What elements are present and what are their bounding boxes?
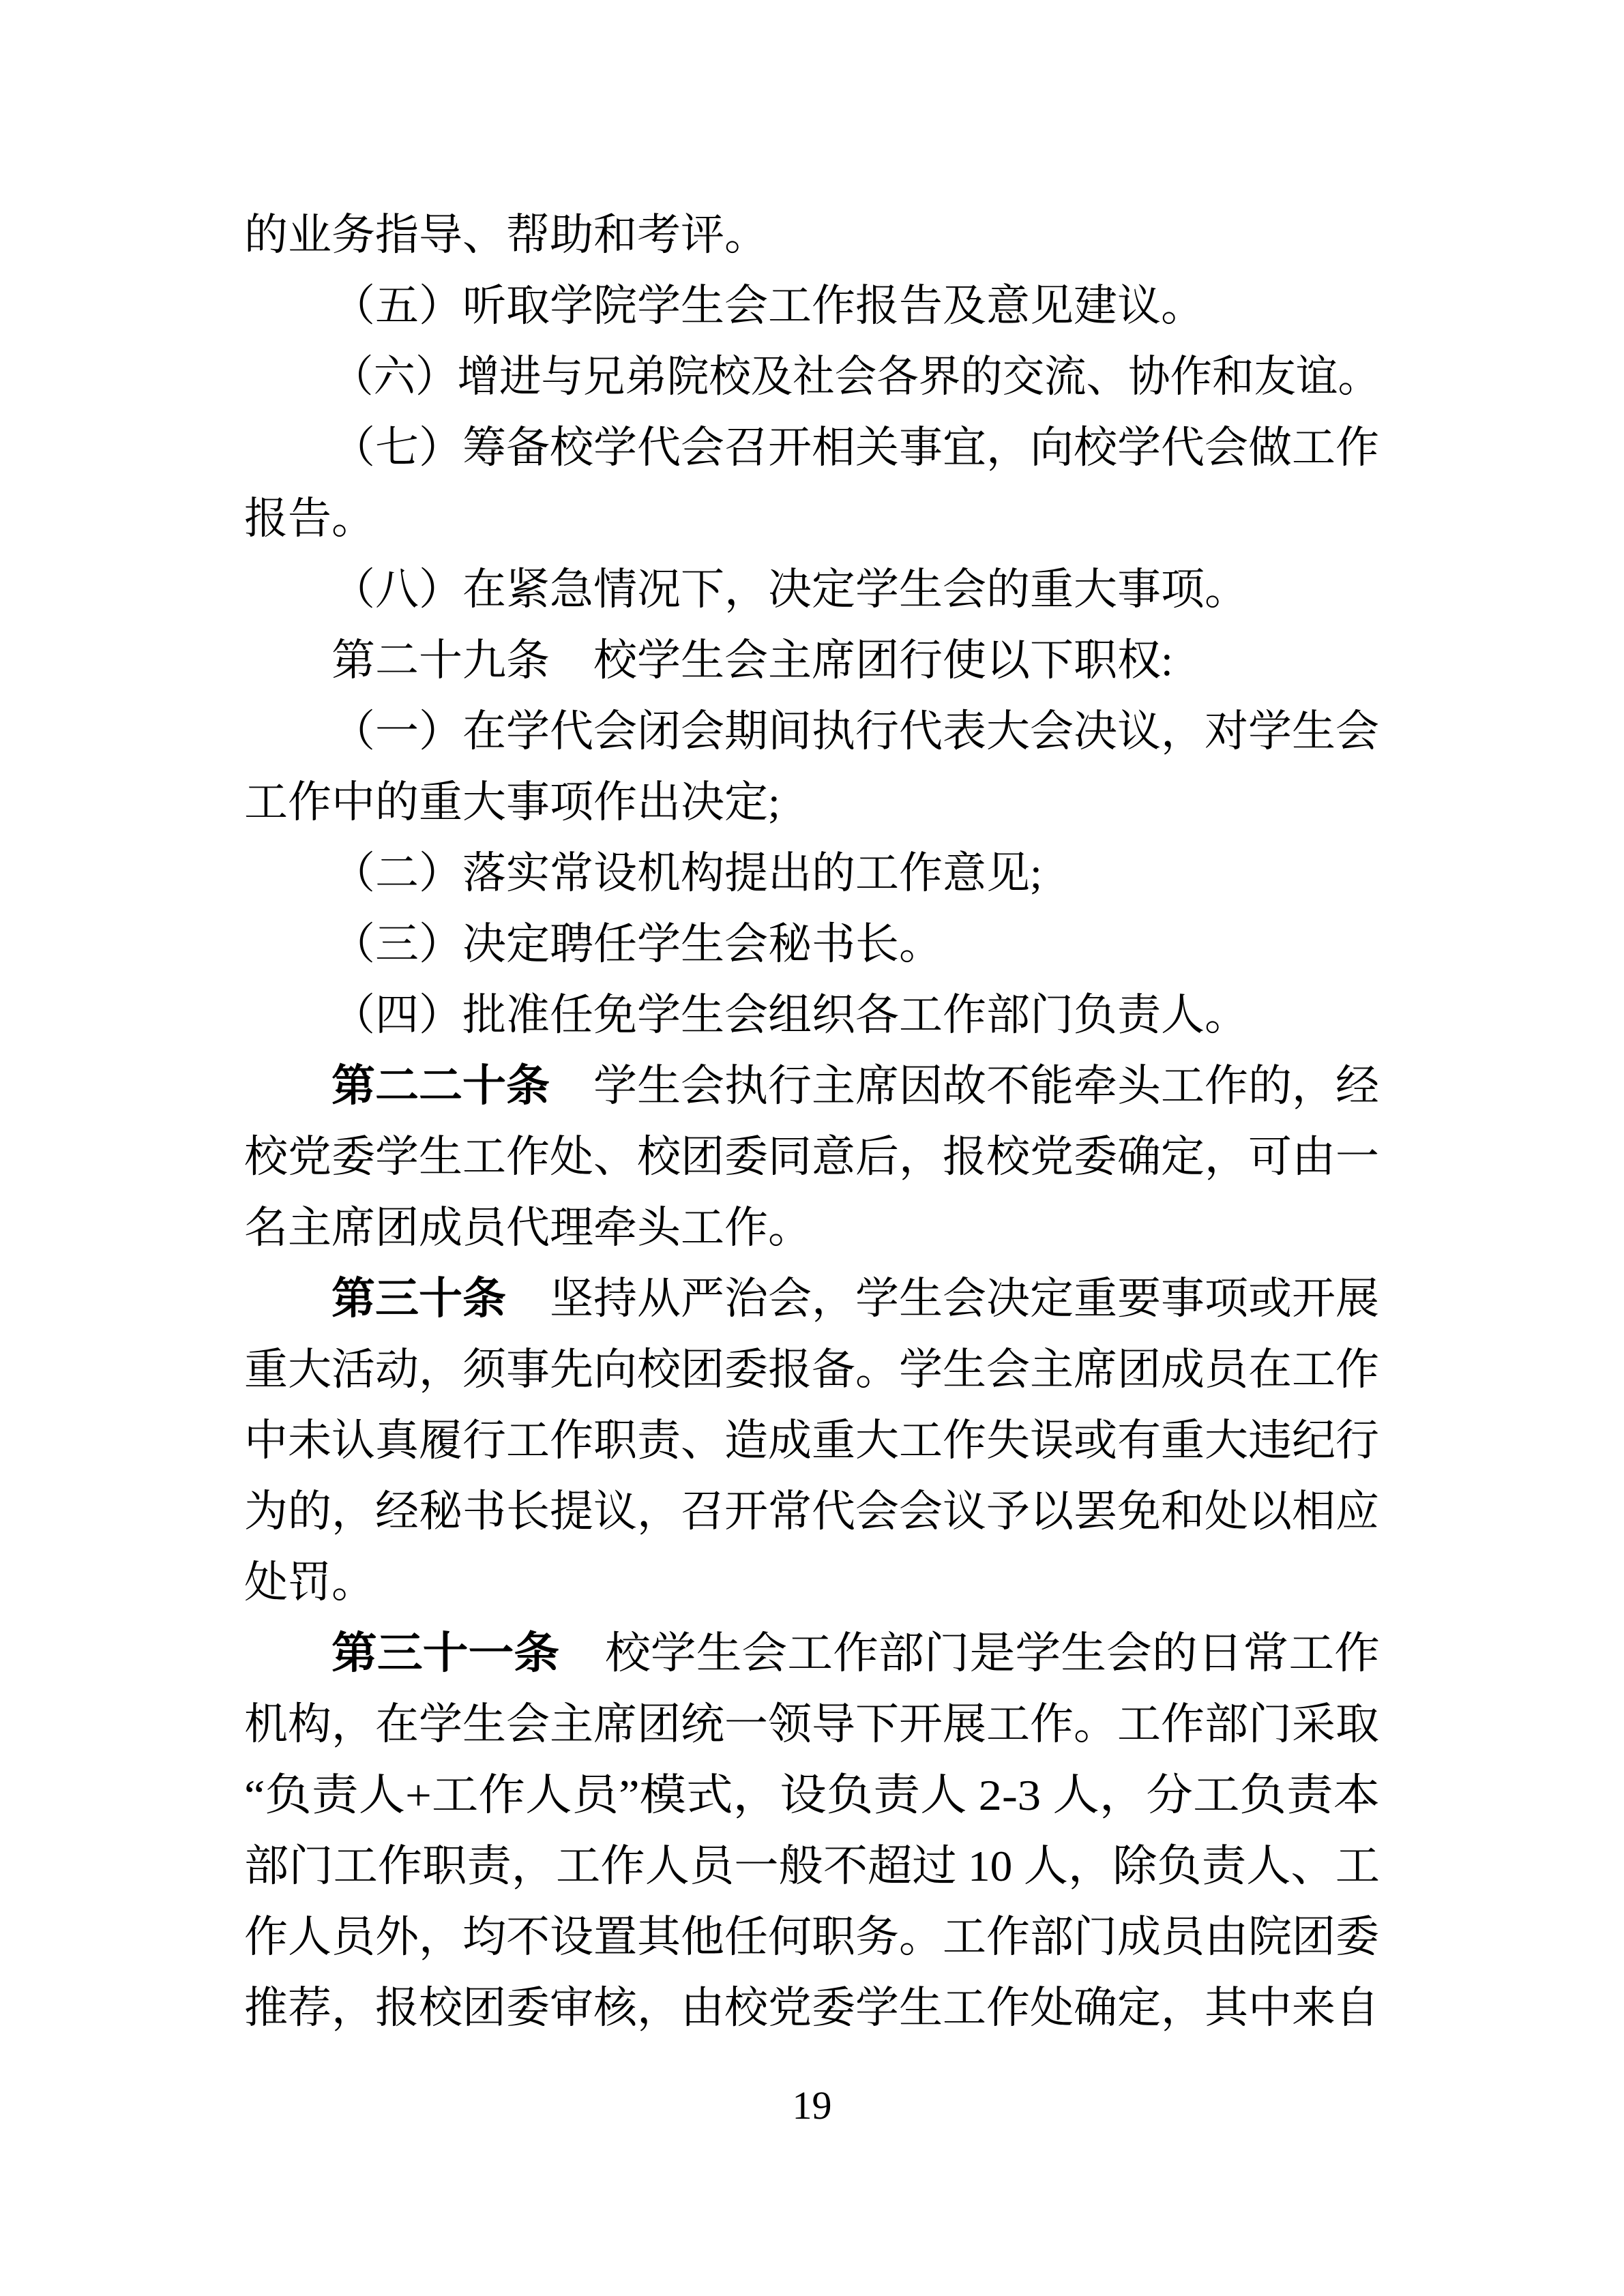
text-line: 第三十条 坚持从严治会，学生会决定重要事项或开展 (244, 1264, 1380, 1335)
text-line-content: 为的，经秘书长提议，召开常代会会议予以罢免和处以相应 (244, 1476, 1379, 1547)
document-body: 的业务指导、帮助和考评。（五）听取学院学生会工作报告及意见建议。（六）增进与兄弟… (244, 200, 1380, 2044)
text-line-content: （二）落实常设机构提出的工作意见; (331, 838, 1042, 909)
text-line: 第三十一条 校学生会工作部门是学生会的日常工作 (244, 1618, 1380, 1689)
body-text: （五）听取学院学生会工作报告及意见建议。 (331, 282, 1205, 330)
body-text: 机构，在学生会主席团统一领导下开展工作。工作部门采取 (244, 1700, 1379, 1748)
text-line: （六）增进与兄弟院校及社会各界的交流、协作和友谊。 (244, 342, 1380, 413)
text-line-content: （八）在紧急情况下，决定学生会的重大事项。 (331, 554, 1248, 625)
text-line-content: 名主席团成员代理牵头工作。 (244, 1193, 812, 1264)
text-line-content: 中未认真履行工作职责、造成重大工作失误或有重大违纪行 (244, 1405, 1379, 1476)
text-line: （二）落实常设机构提出的工作意见; (244, 838, 1380, 909)
body-text: 部门工作职责，工作人员一般不超过 10 人，除负责人、工 (244, 1842, 1380, 1890)
text-line: 为的，经秘书长提议，召开常代会会议予以罢免和处以相应 (244, 1476, 1380, 1547)
body-text: 报告。 (244, 494, 375, 543)
text-line: 重大活动，须事先向校团委报备。学生会主席团成员在工作 (244, 1335, 1380, 1405)
text-line-content: 的业务指导、帮助和考评。 (244, 200, 768, 271)
text-line-content: 第二十九条 校学生会主席团行使以下职权: (331, 625, 1173, 696)
text-line: （七）筹备校学代会召开相关事宜，向校学代会做工作 (244, 413, 1380, 483)
body-text: 处罚。 (244, 1558, 375, 1607)
body-text: （八）在紧急情况下，决定学生会的重大事项。 (331, 565, 1248, 614)
body-text: 作人员外，均不设置其他任何职务。工作部门成员由院团委 (244, 1913, 1379, 1961)
text-line-content: 作人员外，均不设置其他任何职务。工作部门成员由院团委 (244, 1902, 1379, 1973)
text-line: “负责人+工作人员”模式，设负责人 2-3 人，分工负责本 (244, 1760, 1380, 1831)
body-text: （二）落实常设机构提出的工作意见; (331, 849, 1042, 897)
text-line: 的业务指导、帮助和考评。 (244, 200, 1380, 271)
body-text: （三）决定聘任学生会秘书长。 (331, 920, 943, 968)
body-text: （七）筹备校学代会召开相关事宜，向校学代会做工作 (331, 423, 1379, 472)
document-page: 的业务指导、帮助和考评。（五）听取学院学生会工作报告及意见建议。（六）增进与兄弟… (0, 0, 1624, 2296)
text-line: 校党委学生工作处、校团委同意后，报校党委确定，可由一 (244, 1122, 1380, 1193)
text-line: 第二十九条 校学生会主席团行使以下职权: (244, 625, 1380, 696)
body-text: 校党委学生工作处、校团委同意后，报校党委确定，可由一 (244, 1133, 1379, 1181)
article-heading-text: 第三十一条 (331, 1629, 559, 1678)
text-line: 工作中的重大事项作出决定; (244, 767, 1380, 838)
body-text: 第二十九条 校学生会主席团行使以下职权: (331, 636, 1173, 685)
body-text: （六）增进与兄弟院校及社会各界的交流、协作和友谊。 (331, 353, 1380, 401)
body-text: 学生会执行主席因故不能牵头工作的，经 (550, 1062, 1379, 1110)
body-text: 重大活动，须事先向校团委报备。学生会主席团成员在工作 (244, 1345, 1379, 1394)
page-number: 19 (793, 2083, 832, 2128)
text-line: 第二二十条 学生会执行主席因故不能牵头工作的，经 (244, 1051, 1380, 1122)
text-line: 推荐，报校团委审核，由校党委学生工作处确定，其中来自 (244, 1973, 1380, 2044)
body-text: 坚持从严治会，学生会决定重要事项或开展 (506, 1274, 1379, 1323)
text-line-content: 处罚。 (244, 1547, 375, 1618)
text-line: （五）听取学院学生会工作报告及意见建议。 (244, 271, 1380, 342)
body-text: 中未认真履行工作职责、造成重大工作失误或有重大违纪行 (244, 1416, 1379, 1465)
text-line-content: 工作中的重大事项作出决定; (244, 767, 780, 838)
text-line-content: “负责人+工作人员”模式，设负责人 2-3 人，分工负责本 (244, 1760, 1380, 1831)
page-footer: 19 (0, 2070, 1624, 2141)
body-text: 名主席团成员代理牵头工作。 (244, 1204, 812, 1252)
text-line-content: 重大活动，须事先向校团委报备。学生会主席团成员在工作 (244, 1335, 1379, 1405)
text-line: （八）在紧急情况下，决定学生会的重大事项。 (244, 554, 1380, 625)
text-line-content: 报告。 (244, 483, 375, 554)
text-line: 处罚。 (244, 1547, 1380, 1618)
text-line: （三）决定聘任学生会秘书长。 (244, 909, 1380, 980)
text-line: 名主席团成员代理牵头工作。 (244, 1193, 1380, 1264)
text-line-content: （一）在学代会闭会期间执行代表大会决议，对学生会 (331, 696, 1379, 767)
text-line-content: 第三十条 坚持从严治会，学生会决定重要事项或开展 (331, 1264, 1379, 1335)
body-text: （四）批准任免学生会组织各工作部门负责人。 (331, 991, 1248, 1039)
text-line-content: （六）增进与兄弟院校及社会各界的交流、协作和友谊。 (331, 342, 1380, 413)
text-line: 报告。 (244, 483, 1380, 554)
body-text: （一）在学代会闭会期间执行代表大会决议，对学生会 (331, 707, 1379, 756)
text-line: （四）批准任免学生会组织各工作部门负责人。 (244, 980, 1380, 1051)
text-line: 部门工作职责，工作人员一般不超过 10 人，除负责人、工 (244, 1831, 1380, 1902)
article-heading-text: 第三十条 (331, 1274, 506, 1323)
text-line-content: 第三十一条 校学生会工作部门是学生会的日常工作 (331, 1618, 1380, 1689)
text-line-content: （五）听取学院学生会工作报告及意见建议。 (331, 271, 1205, 342)
body-text: 为的，经秘书长提议，召开常代会会议予以罢免和处以相应 (244, 1487, 1379, 1536)
body-text: 推荐，报校团委审核，由校党委学生工作处确定，其中来自 (244, 1984, 1379, 2032)
text-line-content: 校党委学生工作处、校团委同意后，报校党委确定，可由一 (244, 1122, 1379, 1193)
text-line: （一）在学代会闭会期间执行代表大会决议，对学生会 (244, 696, 1380, 767)
text-line-content: （三）决定聘任学生会秘书长。 (331, 909, 943, 980)
body-text: 工作中的重大事项作出决定; (244, 778, 780, 826)
text-line-content: 机构，在学生会主席团统一领导下开展工作。工作部门采取 (244, 1689, 1379, 1760)
body-text: 校学生会工作部门是学生会的日常工作 (559, 1629, 1380, 1678)
text-line-content: 部门工作职责，工作人员一般不超过 10 人，除负责人、工 (244, 1831, 1380, 1902)
text-line-content: （七）筹备校学代会召开相关事宜，向校学代会做工作 (331, 413, 1379, 483)
text-line: 中未认真履行工作职责、造成重大工作失误或有重大违纪行 (244, 1405, 1380, 1476)
body-text: 的业务指导、帮助和考评。 (244, 211, 768, 259)
text-line-content: 第二二十条 学生会执行主席因故不能牵头工作的，经 (331, 1051, 1379, 1122)
text-line: 作人员外，均不设置其他任何职务。工作部门成员由院团委 (244, 1902, 1380, 1973)
text-line-content: （四）批准任免学生会组织各工作部门负责人。 (331, 980, 1248, 1051)
text-line-content: 推荐，报校团委审核，由校党委学生工作处确定，其中来自 (244, 1973, 1379, 2044)
article-heading-text: 第二二十条 (331, 1062, 550, 1110)
body-text: “负责人+工作人员”模式，设负责人 2-3 人，分工负责本 (244, 1771, 1380, 1819)
text-line: 机构，在学生会主席团统一领导下开展工作。工作部门采取 (244, 1689, 1380, 1760)
